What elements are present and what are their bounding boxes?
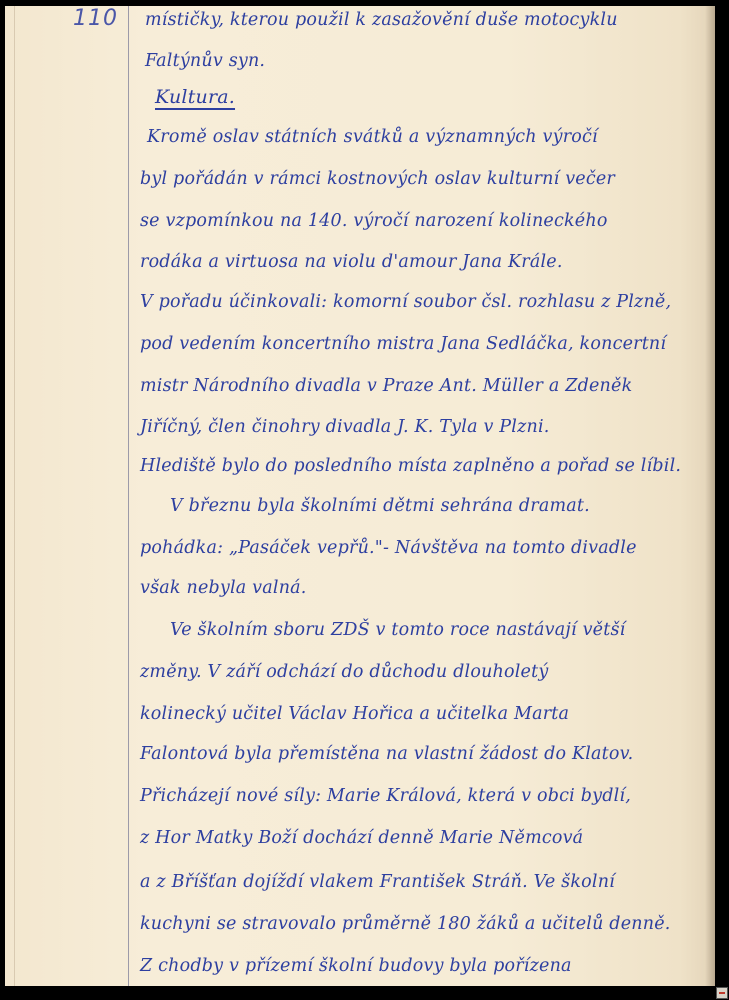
- margin-line: [128, 6, 129, 986]
- text-line: pohádka: „Pasáček vepřů."- Návštěva na t…: [140, 538, 637, 558]
- text-line: místičky, kterou použil k zasažovění duš…: [145, 10, 618, 30]
- text-line: kolinecký učitel Václav Hořica a učitelk…: [140, 704, 569, 724]
- text-line: mistr Národního divadla v Praze Ant. Mül…: [140, 376, 632, 396]
- page-edge-shadow: [705, 6, 715, 986]
- page-number: 110: [73, 6, 118, 31]
- text-line: kuchyni se stravovalo průměrně 180 žáků …: [140, 914, 671, 934]
- page-fold-line: [14, 6, 15, 986]
- text-line: Kromě oslav státních svátků a významných…: [147, 127, 598, 147]
- minimize-icon[interactable]: [716, 987, 728, 999]
- text-line: a z Bříšťan dojíždí vlakem František Str…: [140, 872, 615, 892]
- text-line: Hlediště bylo do posledního místa zaplně…: [140, 456, 681, 476]
- text-line: V pořadu účinkovali: komorní soubor čsl.…: [140, 292, 671, 312]
- text-line: se vzpomínkou na 140. výročí narození ko…: [140, 211, 608, 231]
- text-line: Přicházejí nové síly: Marie Králová, kte…: [140, 786, 631, 806]
- text-line: z Hor Matky Boží dochází denně Marie Něm…: [140, 828, 583, 848]
- text-line: pod vedením koncertního mistra Jana Sedl…: [140, 334, 666, 354]
- text-line: Faltýnův syn.: [145, 51, 265, 71]
- section-heading-kultura: Kultura.: [155, 86, 235, 108]
- text-line: Falontová byla přemístěna na vlastní žád…: [140, 744, 633, 764]
- text-line: V březnu byla školními dětmi sehrána dra…: [170, 496, 590, 516]
- text-line: však nebyla valná.: [140, 578, 307, 598]
- text-line: rodáka a virtuosa na violu d'amour Jana …: [140, 252, 563, 272]
- text-line: Ve školním sboru ZDŠ v tomto roce nastáv…: [170, 620, 625, 640]
- text-line: Z chodby v přízemí školní budovy byla po…: [140, 956, 572, 976]
- notebook-page: 110 místičky, kterou použil k zasažovění…: [5, 6, 715, 986]
- text-line: Jiříčný, člen činohry divadla J. K. Tyla…: [140, 417, 550, 437]
- text-line: změny. V září odchází do důchodu dlouhol…: [140, 662, 548, 682]
- text-line: byl pořádán v rámci kostnových oslav kul…: [140, 169, 615, 189]
